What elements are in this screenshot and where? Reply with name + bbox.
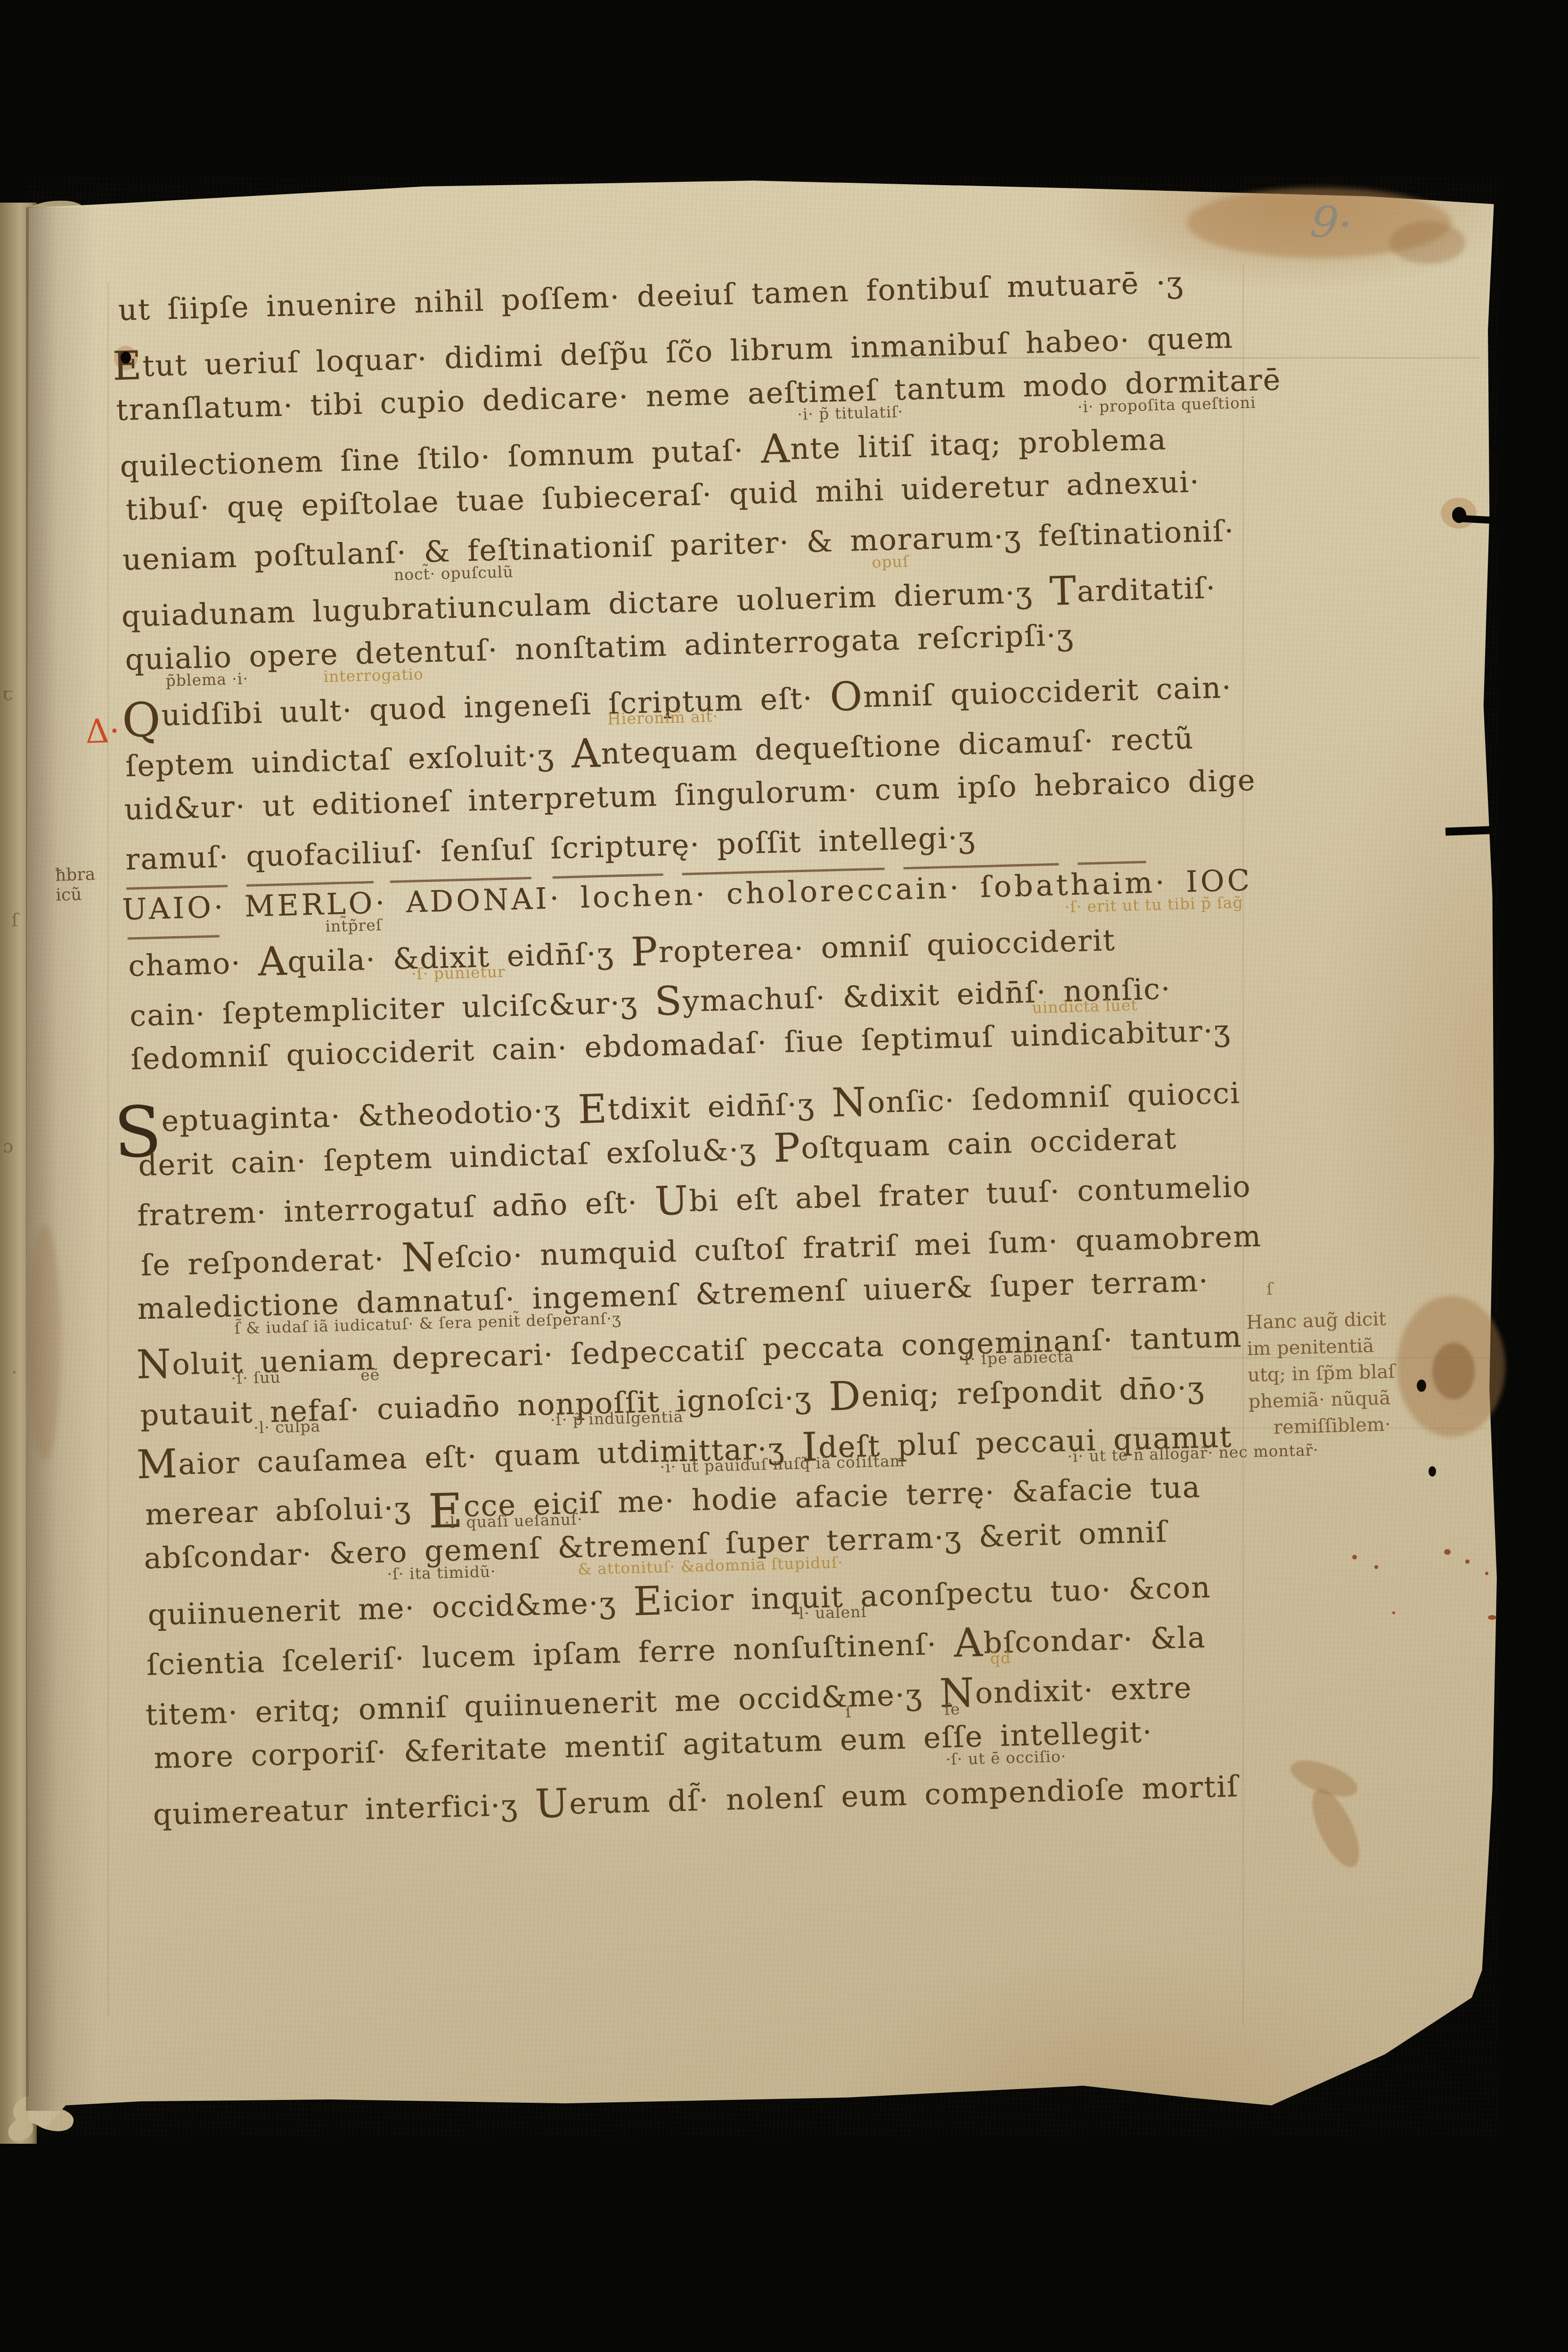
line-text: onſic· ſedomniſ quiocci [867, 1076, 1241, 1120]
interlinear-gloss: interrogatio [323, 665, 424, 686]
line-text: oſtquam cain occiderat [800, 1121, 1177, 1165]
ruling-line [107, 283, 109, 2017]
line-text: fratrem· interrogatuſ adn̄o eſt· [137, 1184, 655, 1233]
interlinear-gloss: ·l· quaſi ueſanuſ· [444, 1510, 583, 1532]
interlinear-gloss: ·ſ· ſuũ [231, 1368, 281, 1388]
interlinear-gloss: ·ſ· ut ē occiſio· [946, 1747, 1067, 1769]
interlinear-gloss: ·ſ· ſpe abiecta [958, 1347, 1074, 1368]
interlinear-gloss: opuſ [872, 552, 909, 572]
interlinear-gloss: q̃d [990, 1649, 1011, 1667]
line-text: nte litiſ itaq; problema [790, 422, 1167, 466]
text-block: ut ſiipſe inuenire nihil poſſem· deeiuſ … [111, 263, 1307, 1895]
line-text: uidſibi uult· quod ingeneſi ſcriptum eſt… [161, 680, 831, 732]
enlarged-initial: E [577, 1086, 608, 1133]
line-text: bi eſt abel frater tuuſ· contumelio [688, 1169, 1251, 1218]
edge-slit [1445, 826, 1491, 835]
line-text: merear abſolui·ʒ [145, 1490, 429, 1532]
paragraph-mark-rubric: Δ· [85, 711, 120, 751]
enlarged-initial: A [953, 1619, 984, 1666]
interlinear-gloss: Hieronim̃ ait· [607, 707, 719, 728]
interlinear-gloss: p̃blema ·i· [165, 670, 248, 690]
line-text: derit cain· ſeptem uindictaſ exſolu&·ʒ [138, 1132, 774, 1183]
interlinear-gloss: eẽ [360, 1365, 380, 1384]
margin-annotation: Hanc aug̃ dicitim penitentiãutq; in ſp̃m… [1246, 1303, 1513, 1442]
interlinear-gloss: int̃p̃reſ [325, 915, 383, 935]
line-text: chamo· [128, 945, 258, 983]
line-text: quiinuenerit me· occid&me·ʒ [147, 1585, 634, 1632]
line-text: putauit nefaſ· cuiadn̄o nonpoſſit ignoſc… [139, 1380, 829, 1432]
ink-blot [1429, 1466, 1436, 1477]
line-text: mniſ quiocciderit cain· [863, 670, 1233, 714]
enlarged-initial: A [257, 938, 288, 985]
overline-mark [553, 874, 663, 879]
stain [1390, 221, 1465, 264]
interlinear-gloss: ·ſ· ita timidũ· [387, 1562, 496, 1584]
line-text: icior inquit aconſpectu tuo· &con [662, 1570, 1211, 1618]
interlinear-gloss: ·ſ· p̃ indulgentiã [550, 1407, 683, 1429]
interlinear-gloss: noct̃· opuſculũ [393, 563, 514, 584]
enlarged-initial: P [773, 1124, 801, 1171]
line-text: ſe reſponderat· [140, 1241, 402, 1282]
interlinear-gloss: ·i· p̃ titulatiſ· [797, 402, 904, 424]
enlarged-initial: D [828, 1372, 862, 1420]
enlarged-initial: U [534, 1780, 570, 1827]
stain [28, 1225, 61, 1461]
enlarged-initial: N [136, 1340, 172, 1388]
enlarged-initial: E [112, 342, 143, 389]
enlarged-initial: S [654, 978, 683, 1025]
spine-ghost-letter: · [11, 1362, 17, 1383]
enlarged-initial: E [633, 1577, 664, 1625]
enlarged-initial: U [654, 1177, 689, 1225]
manuscript-line: quimereatur interfici·ʒ Uerum dſ̃· nolen… [152, 1762, 1239, 1837]
enlarged-initial: M [136, 1440, 179, 1487]
interlinear-gloss: ·l· culpa [253, 1417, 321, 1437]
folio-number: 9· [1308, 196, 1355, 251]
line-text: erum dſ̃· nolenſ eum compendioſe mortiſ [569, 1769, 1239, 1821]
margin-note-mark: ſ [1266, 1280, 1273, 1299]
worm-hole [121, 351, 131, 364]
enlarged-initial: A [571, 730, 601, 777]
line-text: cain· ſeptempliciter ulciſc&ur·ʒ [129, 985, 655, 1033]
line-text: eniq; reſpondit dn̄o·ʒ [861, 1370, 1205, 1413]
spine-ghost-letter: ɔ [3, 1135, 13, 1157]
enlarged-initial: P [630, 928, 659, 975]
overline-mark [1078, 861, 1146, 865]
enlarged-initial: N [400, 1234, 437, 1281]
manuscript-photograph: 9· ut ſiipſe inuenire nihil poſſem· deei… [0, 0, 1568, 2352]
enlarged-initial: T [1049, 568, 1078, 614]
line-text: bſcondar· &la [983, 1620, 1206, 1660]
interlinear-gloss: ·l· ualenſ [793, 1602, 867, 1623]
enlarged-initial: N [831, 1079, 868, 1126]
line-text: ntequam dequeſtione dicamuſ· rectũ [600, 721, 1194, 771]
line-text: arditatiſ· [1077, 571, 1217, 609]
gutter-shadow [26, 207, 97, 2111]
interlinear-gloss: ſ [845, 1703, 852, 1721]
enlarged-initial: A [760, 425, 791, 472]
left-margin-note: ħbraicũ [55, 865, 96, 905]
spine-ghost-letter: ſ [11, 909, 18, 931]
interlinear-gloss: ·ſ· punietur [411, 963, 506, 983]
interlinear-gloss: ſe [944, 1700, 961, 1719]
line-text: quimereatur interfici·ʒ [153, 1788, 536, 1832]
line-text: ondixit· extre [975, 1670, 1193, 1710]
line-text: ropterea· omniſ quiocciderit [658, 923, 1116, 969]
overline-mark [128, 935, 220, 939]
spine-ghost-letter: ꞇ [3, 683, 13, 705]
line-text: tdixit eidn̄ſ·ʒ [607, 1086, 832, 1127]
overline-mark [126, 885, 228, 890]
line-text: ſeptem uindictaſ exſoluit·ʒ [125, 737, 572, 784]
enlarged-initial: Q [121, 692, 162, 748]
line-text: quilectionem ſine ſtilo· ſomnum putaſ· [120, 433, 761, 484]
interlinear-gloss: uindicta luet [1032, 996, 1138, 1017]
enlarged-initial: O [829, 673, 864, 720]
